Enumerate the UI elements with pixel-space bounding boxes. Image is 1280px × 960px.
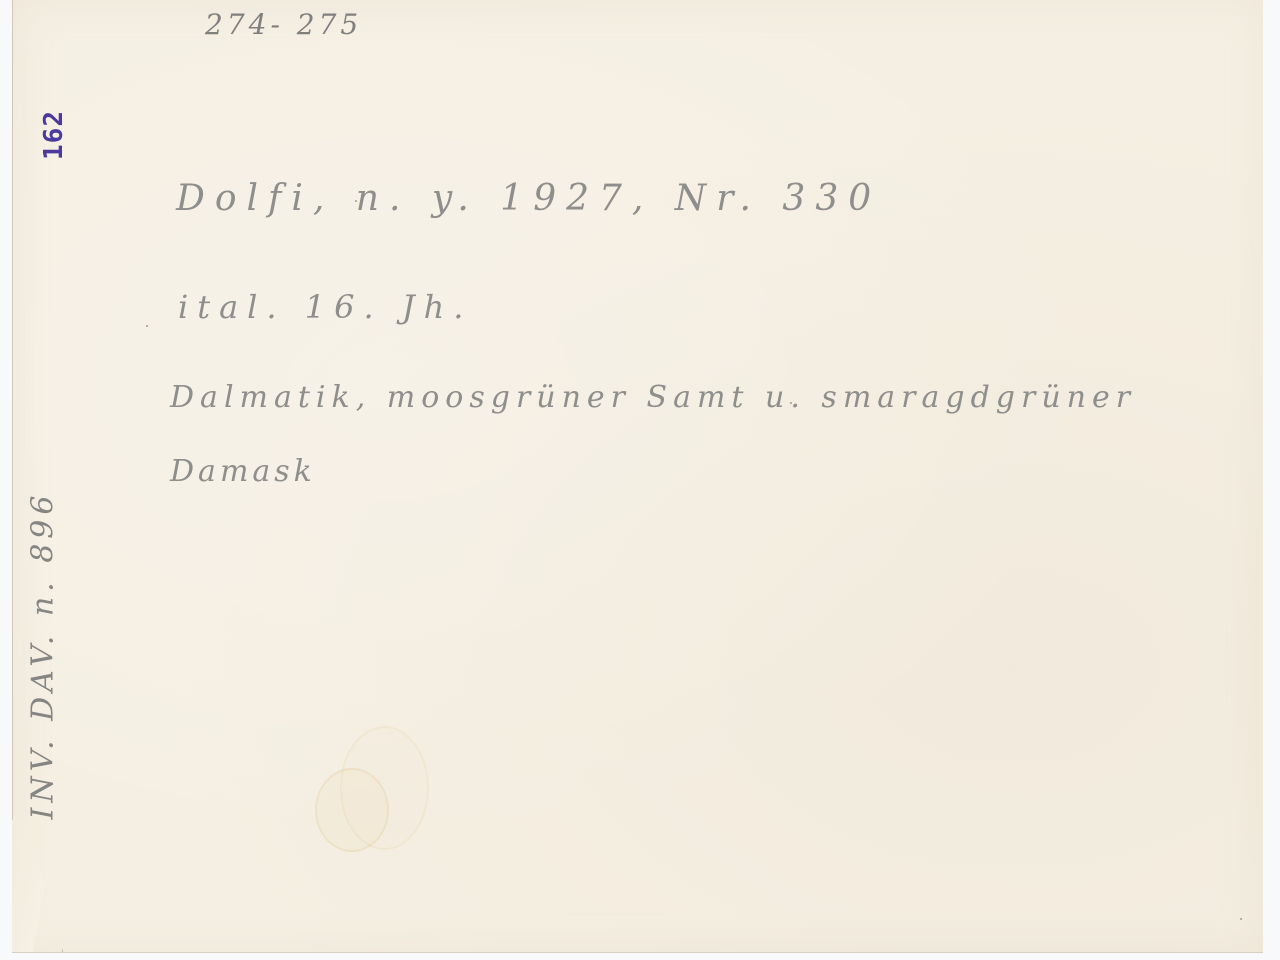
note-line-source: Dolfi, n. y. 1927, Nr. 330 — [176, 178, 881, 219]
page-reference: 274- 275 — [205, 8, 362, 41]
inventory-note: INV. DAV. n. 896 — [26, 491, 61, 820]
stamp-number: 162 — [39, 100, 69, 170]
paper-speck — [146, 325, 148, 327]
paper-speck — [355, 200, 357, 202]
note-line-material: Damask — [170, 454, 316, 489]
paper-speck — [1240, 918, 1242, 920]
scan-background: 274- 275 162 Dolfi, n. y. 1927, Nr. 330 … — [0, 0, 1280, 960]
paper-speck — [790, 402, 792, 404]
note-line-description: Dalmatik, moosgrüner Samt u. smaragdgrün… — [170, 380, 1136, 415]
note-line-origin: ital. 16. Jh. — [178, 288, 472, 326]
water-stain-outer — [340, 726, 429, 850]
